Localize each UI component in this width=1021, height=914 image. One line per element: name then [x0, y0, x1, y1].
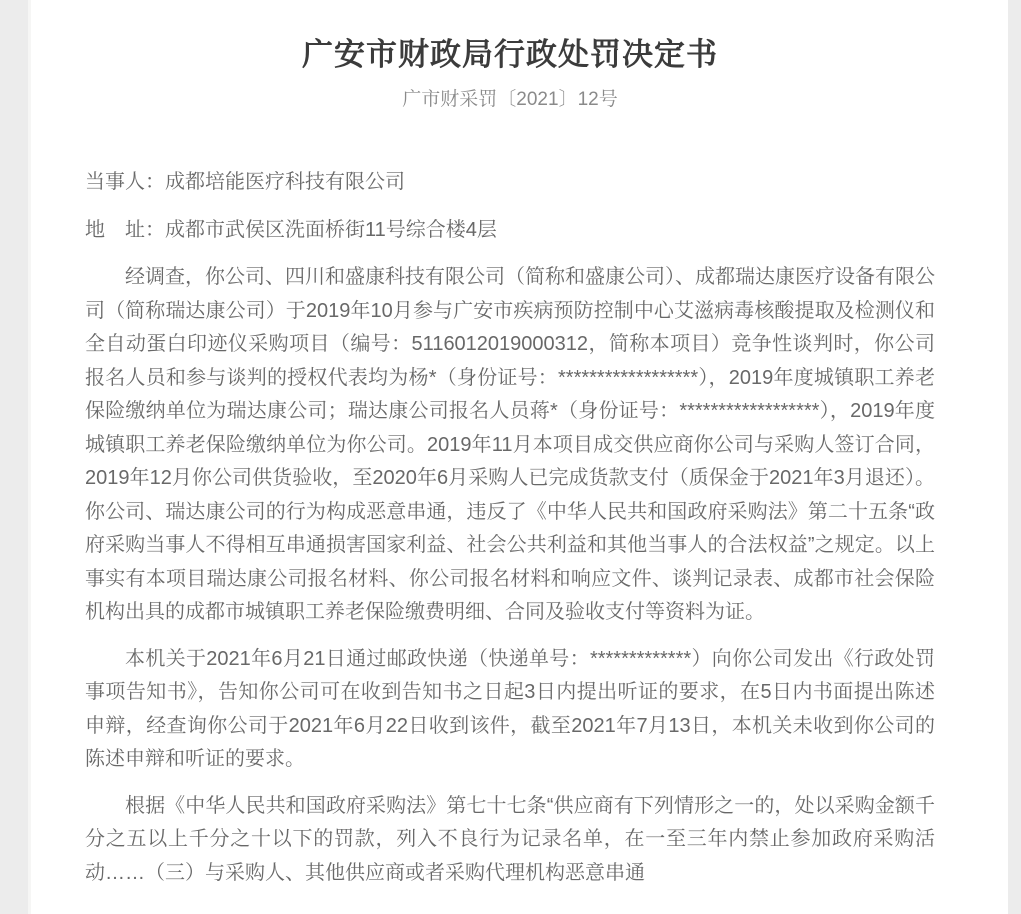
page-left-gutter — [0, 0, 31, 914]
document-number: 广市财采罚〔2021〕12号 — [85, 89, 935, 111]
penalty-decision-document: 广安市财政局行政处罚决定书 广市财采罚〔2021〕12号 当事人：成都培能医疗科… — [31, 0, 1008, 914]
page-right-gutter — [1008, 0, 1021, 914]
document-title: 广安市财政局行政处罚决定书 — [85, 38, 935, 72]
party-line: 当事人：成都培能医疗科技有限公司 — [85, 166, 935, 200]
paragraph-notification-process: 本机关于2021年6月21日通过邮政快递（快递单号：*************）… — [85, 643, 935, 777]
paragraph-legal-basis: 根据《中华人民共和国政府采购法》第七十七条“供应商有下列情形之一的，处以采购金额… — [85, 790, 935, 891]
paragraph-investigation-findings: 经调查，你公司、四川和盛康科技有限公司（简称和盛康公司）、成都瑞达康医疗设备有限… — [85, 261, 935, 630]
address-line: 地 址：成都市武侯区洗面桥街11号综合楼4层 — [85, 214, 935, 248]
